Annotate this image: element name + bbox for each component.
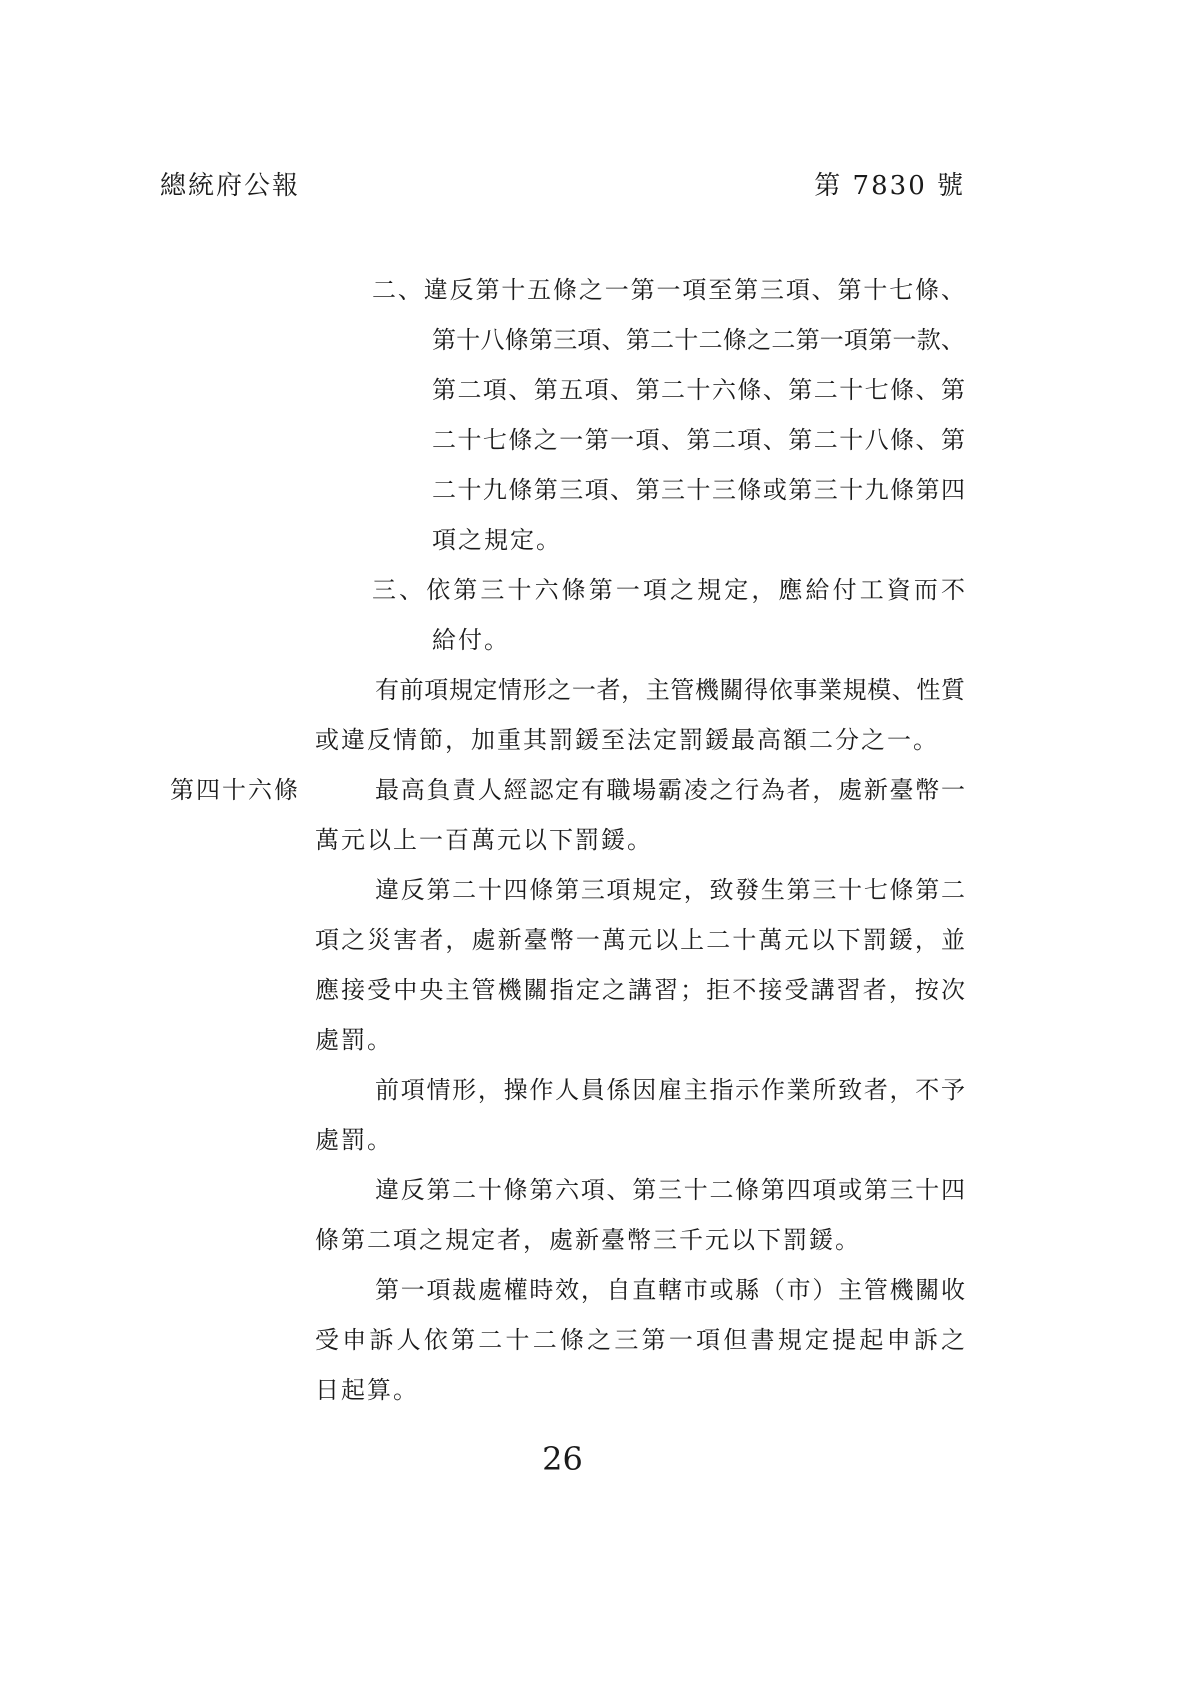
publication-title: 總統府公報 xyxy=(160,165,300,202)
law-text-line: 第一項裁處權時效，自直轄市或縣（市）主管機關收 xyxy=(375,1265,965,1315)
law-text-line: 給付。 xyxy=(432,615,965,665)
article-number: 第四十六條 xyxy=(170,765,375,815)
page-footer: 26 xyxy=(160,1440,965,1478)
issue-number: 第 7830 號 xyxy=(814,165,965,202)
law-text-line: 三、依第三十六條第一項之規定，應給付工資而不 xyxy=(372,565,965,615)
law-text-line: 應接受中央主管機關指定之講習；拒不接受講習者，按次 xyxy=(315,965,965,1015)
law-text-line: 萬元以上一百萬元以下罰鍰。 xyxy=(315,815,965,865)
page-header: 總統府公報 第 7830 號 xyxy=(160,165,965,202)
law-text-line: 有前項規定情形之一者，主管機關得依事業規模、性質 xyxy=(375,665,965,715)
law-text-line: 第十八條第三項、第二十二條之二第一項第一款、 xyxy=(432,315,965,365)
law-text-line: 受申訴人依第二十二條之三第一項但書規定提起申訴之 xyxy=(315,1315,965,1365)
law-text-line: 處罰。 xyxy=(315,1115,965,1165)
law-text-line: 條第二項之規定者，處新臺幣三千元以下罰鍰。 xyxy=(315,1215,965,1265)
article-text: 最高負責人經認定有職場霸凌之行為者，處新臺幣一 xyxy=(375,765,965,815)
law-text-line: 處罰。 xyxy=(315,1015,965,1065)
law-text-line: 違反第二十條第六項、第三十二條第四項或第三十四 xyxy=(375,1165,965,1215)
law-text-line: 二十七條之一第一項、第二項、第二十八條、第 xyxy=(432,415,965,465)
law-text-line: 日起算。 xyxy=(315,1365,965,1415)
gazette-page: 總統府公報 第 7830 號 二、違反第十五條之一第一項至第三項、第十七條、第十… xyxy=(0,0,1200,1696)
law-text-line: 項之災害者，處新臺幣一萬元以上二十萬元以下罰鍰，並 xyxy=(315,915,965,965)
law-text-line: 第四十六條最高負責人經認定有職場霸凌之行為者，處新臺幣一 xyxy=(160,765,965,815)
law-text-line: 二、違反第十五條之一第一項至第三項、第十七條、 xyxy=(372,265,965,315)
law-text-line: 或違反情節，加重其罰鍰至法定罰鍰最高額二分之一。 xyxy=(315,715,965,765)
law-text-line: 前項情形，操作人員係因雇主指示作業所致者，不予 xyxy=(375,1065,965,1115)
document-body: 二、違反第十五條之一第一項至第三項、第十七條、第十八條第三項、第二十二條之二第一… xyxy=(160,265,965,1415)
page-number: 26 xyxy=(542,1440,583,1478)
law-text-line: 違反第二十四條第三項規定，致發生第三十七條第二 xyxy=(375,865,965,915)
law-text-line: 二十九條第三項、第三十三條或第三十九條第四 xyxy=(432,465,965,515)
law-text-line: 第二項、第五項、第二十六條、第二十七條、第 xyxy=(432,365,965,415)
law-text-line: 項之規定。 xyxy=(432,515,965,565)
